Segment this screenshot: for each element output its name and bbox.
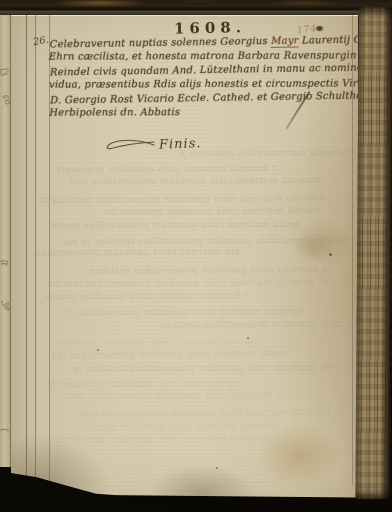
register-entry: Celebraverunt nuptias solennes Georgius …	[50, 35, 361, 122]
bleed-through-line: t honesta matrona civis quondam praese	[43, 291, 248, 302]
ink-trace: ʃʒ	[0, 67, 9, 76]
margin-rule-inner	[35, 15, 36, 491]
finis-flourish-swash	[104, 136, 156, 152]
bleed-through-line: esta matrona civis quondam praesentibus …	[63, 236, 348, 248]
book-fore-edge	[355, 7, 392, 499]
bleed-through-line: t honesta matrona civis quondam praesent…	[57, 165, 276, 177]
ink-speck	[97, 349, 99, 351]
bleed-through-line: et honesta matrona civis quondam p	[179, 148, 358, 159]
bleed-through-line: et honesta matrona civis quondam praesen…	[79, 408, 344, 420]
finis-label: Finis.	[159, 136, 202, 152]
bleed-through-line: sta matrona civis quondam praesentibus	[35, 247, 240, 258]
entry-line1-text: Celebraverunt nuptias solennes Georgius	[50, 36, 272, 50]
bleed-through-line: nesta matrona civis quondam praesentibus…	[51, 220, 300, 232]
ink-trace: ʃt	[0, 260, 8, 267]
entry-line: Herbipolensi dn. Abbatis	[49, 105, 359, 120]
bleed-through-line: onesta matrona civis quondam praesent	[55, 337, 257, 348]
bleed-through-line: esta matrona civis quondam praesentibus …	[73, 363, 340, 375]
bleed-through-line: nesta matrona civis quondam praesentibus…	[51, 349, 286, 361]
underlined-name: Mayr	[271, 36, 299, 48]
ink-speck	[216, 467, 218, 469]
bleed-through-line: honesta matrona civis quondam praesentib…	[45, 434, 269, 446]
bleed-through-line: honesta matrona civis quondam praesentib…	[159, 319, 358, 331]
verso-leaf-edge: ʃʒ ɕo ʃt ʒe ʃ	[0, 15, 11, 467]
bleed-through-line: t honesta matrona civis quondam pra	[99, 421, 287, 432]
ink-trace: ʃ	[0, 428, 8, 432]
manuscript-photograph: ʃʒ ɕo ʃt ʒe ʃ et honesta matrona civis q…	[0, 0, 392, 512]
bleed-through-line: ta matrona civis quondam praesentibus te…	[89, 266, 332, 278]
bleed-through-line: et honesta matrona civis quondam praesen…	[47, 278, 328, 290]
bleed-through-line: sta matrona civis quondam praesentib	[49, 379, 242, 390]
bleed-through-line: ta matrona civis quondam praesentibus te…	[61, 390, 286, 402]
bleed-through-line: honesta matrona civis quondam praesentib…	[39, 194, 325, 206]
book-top-edge	[0, 0, 392, 17]
margin-rule-left	[26, 15, 27, 493]
ink-speck	[329, 253, 332, 256]
ink-speck	[247, 337, 249, 339]
finis: Finis.	[104, 136, 202, 152]
ink-blot	[316, 26, 323, 31]
bleed-through-line: honesta matrona civis quondam praesentib…	[67, 307, 303, 319]
bleed-through-line: onesta matrona civis quondam praesentibu	[103, 206, 321, 218]
bleed-through-line: honesta matrona civis quondam praesentib…	[69, 176, 321, 188]
